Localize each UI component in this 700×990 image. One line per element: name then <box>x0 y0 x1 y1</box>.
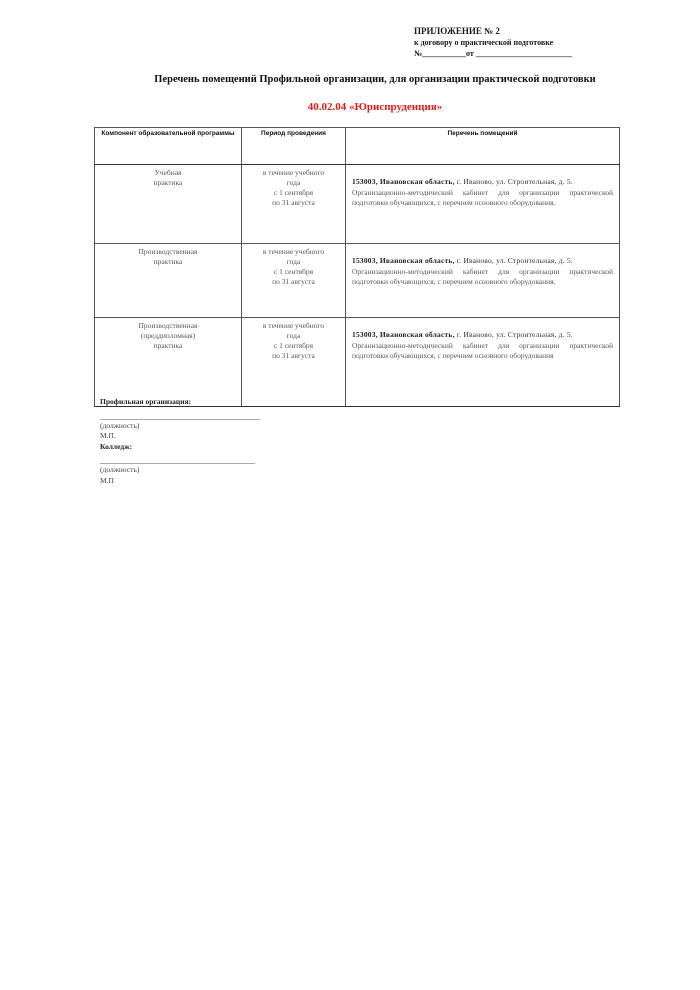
component-line: (преддипломная) <box>95 331 241 341</box>
address-street: г. Иваново, ул. Строительная, д. 5. <box>457 256 573 265</box>
table-row: Учебнаяпрактика в течение учебногогодас … <box>95 165 620 244</box>
period-line: с 1 сентября <box>242 341 345 351</box>
room-description: Организационно-методический кабинет для … <box>352 267 613 287</box>
address: 153003, Ивановская область, г. Иваново, … <box>352 175 613 188</box>
rooms-table: Компонент образовательной программы Пери… <box>94 127 620 407</box>
period-line: с 1 сентября <box>242 267 345 277</box>
period-cell: в течение учебногогодас 1 сентябряпо 31 … <box>242 165 346 244</box>
address-region: Ивановская область, <box>380 330 455 339</box>
component-line: Производственная <box>95 321 241 331</box>
college-signature-line <box>100 453 255 464</box>
period-line: в течение учебного <box>242 247 345 257</box>
component-line: Производственная <box>95 247 241 257</box>
header-component: Компонент образовательной программы <box>95 128 242 165</box>
period-line: по 31 августа <box>242 198 345 208</box>
table-row: Производственнаяпрактика в течение учебн… <box>95 244 620 318</box>
header-period: Период проведения <box>242 128 346 165</box>
period-line: по 31 августа <box>242 351 345 361</box>
signature-block: Профильная организация: (должность) М.П.… <box>100 397 260 486</box>
address-street: г. Иваново, ул. Строительная, д. 5. <box>457 330 573 339</box>
college-label: Колледж: <box>100 442 260 453</box>
postal-code: 153003, <box>352 256 378 265</box>
profile-org-position: (должность) <box>100 421 260 432</box>
specialty-title: 40.02.04 «Юриспруденция» <box>0 101 700 113</box>
address: 153003, Ивановская область, г. Иваново, … <box>352 254 613 267</box>
component-line: Учебная <box>95 168 241 178</box>
address-region: Ивановская область, <box>380 256 455 265</box>
appendix-header: ПРИЛОЖЕНИЕ № 2 к договору о практической… <box>414 26 572 59</box>
address-region: Ивановская область, <box>380 177 455 186</box>
component-line: практика <box>95 178 241 188</box>
rooms-cell: 153003, Ивановская область, г. Иваново, … <box>346 244 620 318</box>
appendix-title: ПРИЛОЖЕНИЕ № 2 <box>414 26 572 37</box>
period-line: по 31 августа <box>242 277 345 287</box>
component-line: практика <box>95 341 241 351</box>
postal-code: 153003, <box>352 330 378 339</box>
profile-org-label: Профильная организация: <box>100 397 260 408</box>
document-title: Перечень помещений Профильной организаци… <box>0 74 700 85</box>
period-line: года <box>242 257 345 267</box>
period-line: в течение учебного <box>242 321 345 331</box>
table-header-row: Компонент образовательной программы Пери… <box>95 128 620 165</box>
profile-org-signature-line <box>100 409 260 420</box>
appendix-subtitle: к договору о практической подготовке <box>414 37 572 48</box>
room-description: Организационно-методический кабинет для … <box>352 188 613 208</box>
contract-number-line: №___________от ________________________ <box>414 48 572 59</box>
component-cell: Производственнаяпрактика <box>95 244 242 318</box>
address-street: г. Иваново, ул. Строительная, д. 5. <box>457 177 573 186</box>
room-description: Организационно-методический кабинет для … <box>352 341 613 361</box>
postal-code: 153003, <box>352 177 378 186</box>
component-line: практика <box>95 257 241 267</box>
period-line: года <box>242 331 345 341</box>
profile-org-stamp: М.П. <box>100 431 260 442</box>
period-cell: в течение учебногогодас 1 сентябряпо 31 … <box>242 318 346 407</box>
address: 153003, Ивановская область, г. Иваново, … <box>352 328 613 341</box>
component-cell: Производственная(преддипломная)практика <box>95 318 242 407</box>
period-line: года <box>242 178 345 188</box>
rooms-cell: 153003, Ивановская область, г. Иваново, … <box>346 318 620 407</box>
rooms-cell: 153003, Ивановская область, г. Иваново, … <box>346 165 620 244</box>
college-stamp: М.П <box>100 476 260 487</box>
header-rooms: Перечень помещений <box>346 128 620 165</box>
period-cell: в течение учебногогодас 1 сентябряпо 31 … <box>242 244 346 318</box>
component-cell: Учебнаяпрактика <box>95 165 242 244</box>
period-line: с 1 сентября <box>242 188 345 198</box>
college-position: (должность) <box>100 465 260 476</box>
table-row: Производственная(преддипломная)практика … <box>95 318 620 407</box>
period-line: в течение учебного <box>242 168 345 178</box>
